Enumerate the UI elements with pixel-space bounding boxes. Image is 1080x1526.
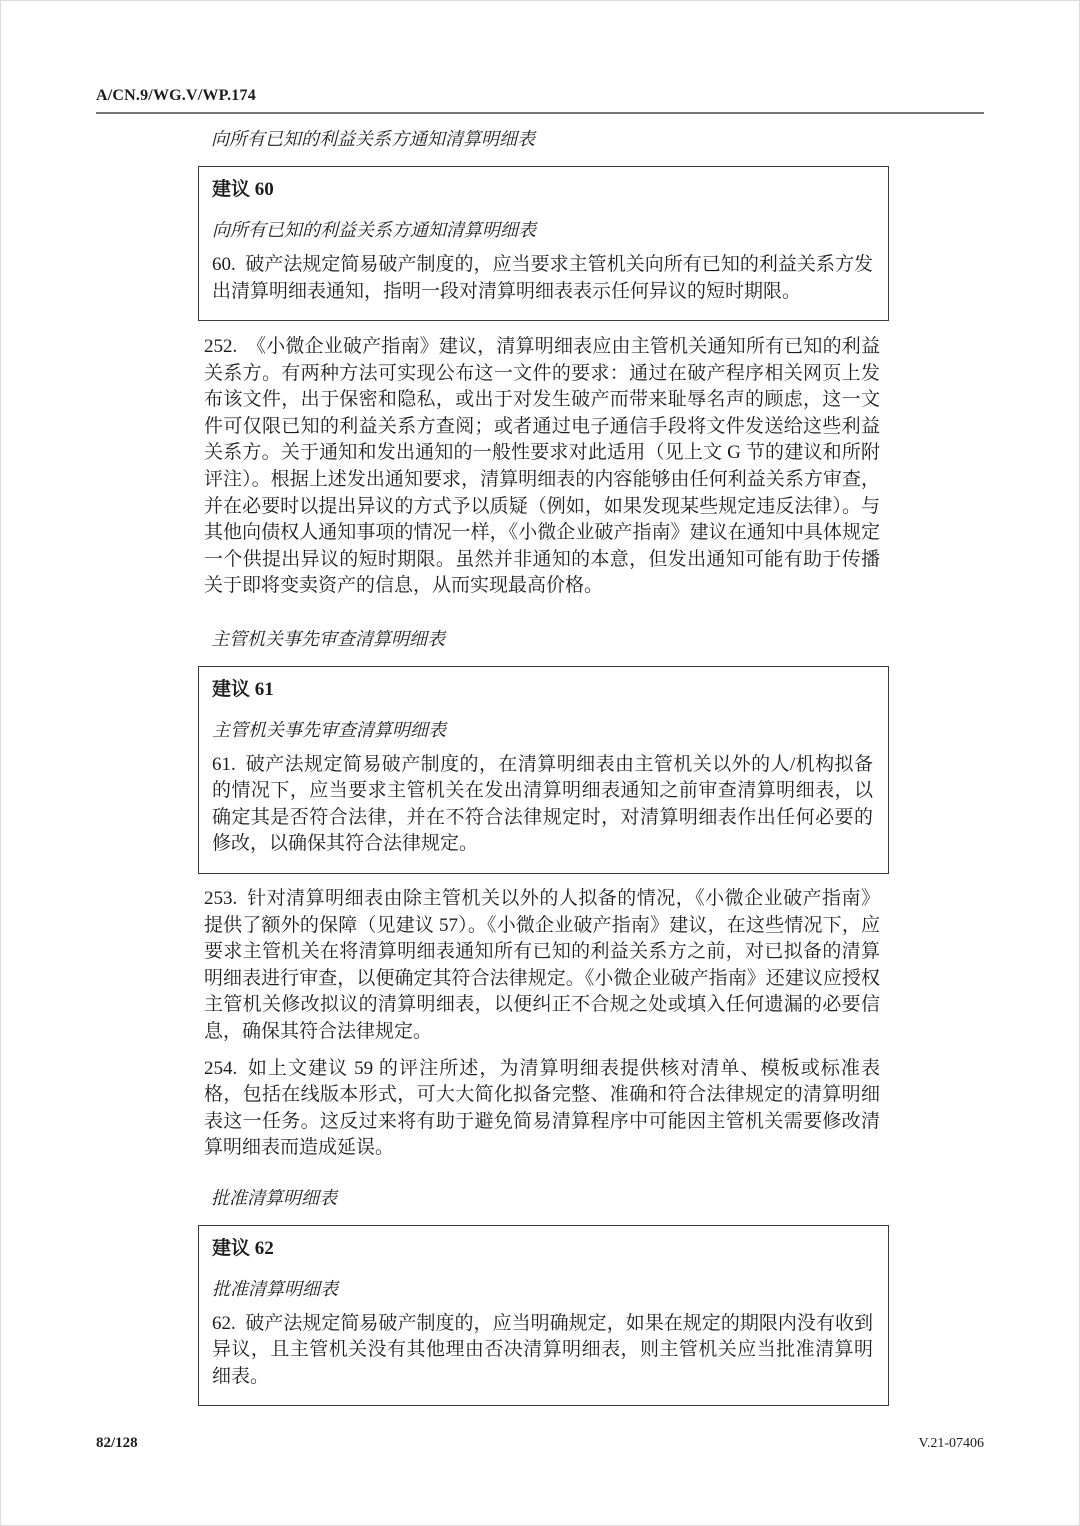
- recommendation-box-60: 建议 60 向所有已知的利益关系方通知清算明细表 60. 破产法规定简易破产制度…: [198, 166, 889, 321]
- paragraph-252: 252. 《小微企业破产指南》建议，清算明细表应由主管机关通知所有已知的利益关系…: [204, 334, 880, 600]
- recommendation-62-body: 62. 破产法规定简易破产制度的，应当明确规定，如果在规定的期限内没有收到异议，…: [212, 1311, 873, 1391]
- page-number: 82/128: [96, 1435, 138, 1452]
- section-heading-review: 主管机关事先审查清算明细表: [198, 627, 889, 651]
- section-heading-notification: 向所有已知的利益关系方通知清算明细表: [198, 127, 889, 151]
- recommendation-62-title: 建议 62: [212, 1236, 873, 1262]
- recommendation-61-title: 建议 61: [212, 677, 873, 703]
- document-number: V.21-07406: [919, 1436, 984, 1452]
- document-page: A/CN.9/WG.V/WP.174 向所有已知的利益关系方通知清算明细表 建议…: [0, 0, 1080, 1526]
- recommendation-60-body: 60. 破产法规定简易破产制度的，应当要求主管机关向所有已知的利益关系方发出清算…: [212, 252, 873, 305]
- document-content: 向所有已知的利益关系方通知清算明细表 建议 60 向所有已知的利益关系方通知清算…: [198, 127, 889, 1406]
- recommendation-60-subtitle: 向所有已知的利益关系方通知清算明细表: [212, 218, 873, 243]
- paragraph-254: 254. 如上文建议 59 的评注所述，为清算明细表提供核对清单、模板或标准表格…: [204, 1056, 880, 1162]
- page-header: A/CN.9/WG.V/WP.174: [96, 87, 984, 114]
- recommendation-61-body: 61. 破产法规定简易破产制度的，在清算明细表由主管机关以外的人/机构拟备的情况…: [212, 752, 873, 858]
- page-footer: 82/128 V.21-07406: [96, 1435, 984, 1452]
- header-rule: [96, 112, 984, 114]
- recommendation-62-subtitle: 批准清算明细表: [212, 1277, 873, 1302]
- doc-symbol: A/CN.9/WG.V/WP.174: [96, 87, 256, 104]
- recommendation-61-subtitle: 主管机关事先审查清算明细表: [212, 718, 873, 743]
- recommendation-60-title: 建议 60: [212, 177, 873, 203]
- paragraph-253: 253. 针对清算明细表由除主管机关以外的人拟备的情况，《小微企业破产指南》提供…: [204, 886, 880, 1046]
- recommendation-box-61: 建议 61 主管机关事先审查清算明细表 61. 破产法规定简易破产制度的，在清算…: [198, 666, 889, 874]
- recommendation-box-62: 建议 62 批准清算明细表 62. 破产法规定简易破产制度的，应当明确规定，如果…: [198, 1225, 889, 1407]
- section-heading-approval: 批准清算明细表: [198, 1186, 889, 1210]
